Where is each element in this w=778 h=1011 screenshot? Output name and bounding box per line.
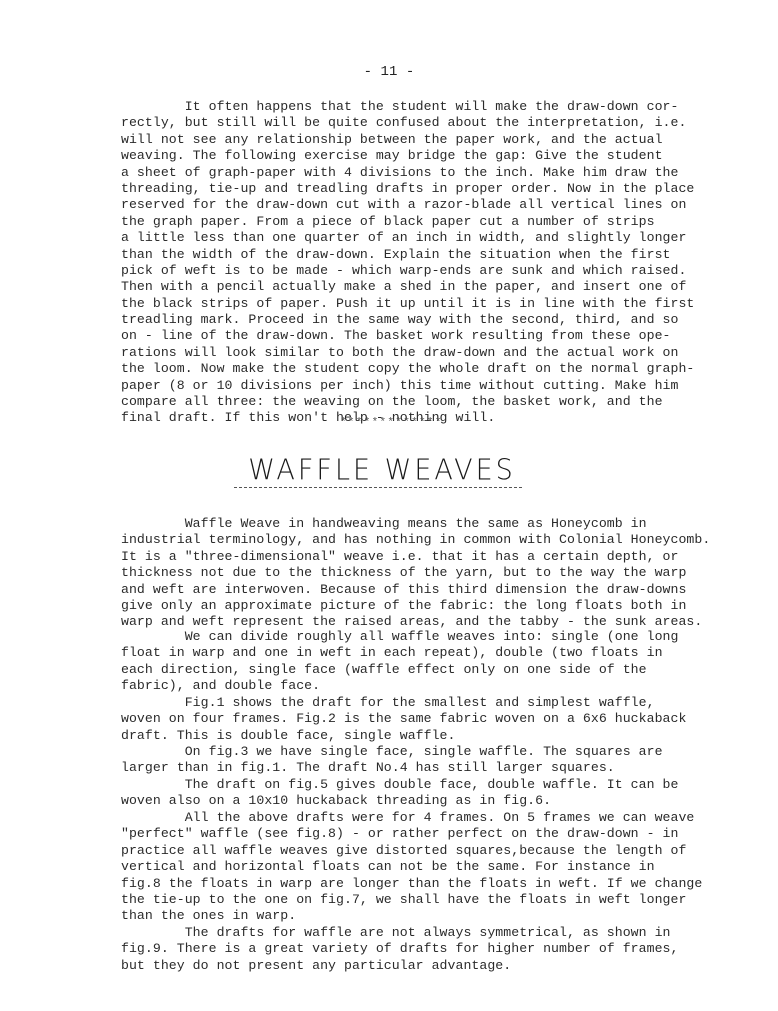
paragraph-five-frames: All the above drafts were for 4 frames. …: [121, 810, 731, 925]
text-line: float in warp and one in weft in each re…: [121, 645, 731, 661]
asterisk-separator: *************: [340, 417, 443, 429]
text-line: but they do not present any particular a…: [121, 958, 731, 974]
paragraph-fig1-fig2: Fig.1 shows the draft for the smallest a…: [121, 695, 731, 744]
paragraph-fig3-fig4: On fig.3 we have single face, single waf…: [121, 744, 731, 777]
text-line: will not see any relationship between th…: [121, 132, 731, 148]
text-line: the loom. Now make the student copy the …: [121, 361, 731, 377]
text-line: The draft on fig.5 gives double face, do…: [121, 777, 731, 793]
text-line: Waffle Weave in handweaving means the sa…: [121, 516, 731, 532]
text-line: rectly, but still will be quite confused…: [121, 115, 731, 131]
intro-paragraph: It often happens that the student will m…: [121, 99, 731, 427]
text-line: industrial terminology, and has nothing …: [121, 532, 731, 548]
text-line: It often happens that the student will m…: [121, 99, 731, 115]
text-line: rations will look similar to both the dr…: [121, 345, 731, 361]
text-line: fig.9. There is a great variety of draft…: [121, 941, 731, 957]
text-line: paper (8 or 10 divisions per inch) this …: [121, 378, 731, 394]
text-line: a sheet of graph-paper with 4 divisions …: [121, 165, 731, 181]
paragraph-fig5-fig6: The draft on fig.5 gives double face, do…: [121, 777, 731, 810]
text-line: the graph paper. From a piece of black p…: [121, 214, 731, 230]
text-line: The drafts for waffle are not always sym…: [121, 925, 731, 941]
text-line: a little less than one quarter of an inc…: [121, 230, 731, 246]
text-line: draft. This is double face, single waffl…: [121, 728, 731, 744]
text-line: weaving. The following exercise may brid…: [121, 148, 731, 164]
text-line: treadling mark. Proceed in the same way …: [121, 312, 731, 328]
text-line: Fig.1 shows the draft for the smallest a…: [121, 695, 731, 711]
text-line: larger than in fig.1. The draft No.4 has…: [121, 760, 731, 776]
text-line: the black strips of paper. Push it up un…: [121, 296, 731, 312]
text-line: On fig.3 we have single face, single waf…: [121, 744, 731, 760]
text-line: woven also on a 10x10 huckaback threadin…: [121, 793, 731, 809]
paragraph-asymmetrical: The drafts for waffle are not always sym…: [121, 925, 731, 974]
text-line: fig.8 the floats in warp are longer than…: [121, 876, 731, 892]
text-line: We can divide roughly all waffle weaves …: [121, 629, 731, 645]
text-line: each direction, single face (waffle effe…: [121, 662, 731, 678]
text-line: compare all three: the weaving on the lo…: [121, 394, 731, 410]
text-line: than the ones in warp.: [121, 908, 731, 924]
text-line: on - line of the draw-down. The basket w…: [121, 328, 731, 344]
text-line: practice all waffle weaves give distorte…: [121, 843, 731, 859]
text-line: It is a "three-dimensional" weave i.e. t…: [121, 549, 731, 565]
text-line: Then with a pencil actually make a shed …: [121, 279, 731, 295]
title-underline: [234, 487, 522, 488]
typewritten-page: - 11 - It often happens that the student…: [0, 0, 778, 1011]
text-line: All the above drafts were for 4 frames. …: [121, 810, 731, 826]
page-number: - 11 -: [0, 64, 778, 80]
text-line: the tie-up to the one on fig.7, we shall…: [121, 892, 731, 908]
text-line: "perfect" waffle (see fig.8) - or rather…: [121, 826, 731, 842]
paragraph-definition: Waffle Weave in handweaving means the sa…: [121, 516, 731, 631]
text-line: fabric), and double face.: [121, 678, 731, 694]
text-line: pick of weft is to be made - which warp-…: [121, 263, 731, 279]
paragraph-classification: We can divide roughly all waffle weaves …: [121, 629, 731, 695]
text-line: thickness not due to the thickness of th…: [121, 565, 731, 581]
text-line: threading, tie-up and treadling drafts i…: [121, 181, 731, 197]
text-line: than the width of the draw-down. Explain…: [121, 247, 731, 263]
text-line: reserved for the draw-down cut with a ra…: [121, 197, 731, 213]
section-title: WAFFLE WEAVES: [232, 454, 532, 487]
text-line: give only an approximate picture of the …: [121, 598, 731, 614]
text-line: and weft are interwoven. Because of this…: [121, 582, 731, 598]
text-line: woven on four frames. Fig.2 is the same …: [121, 711, 731, 727]
text-line: vertical and horizontal floats can not b…: [121, 859, 731, 875]
